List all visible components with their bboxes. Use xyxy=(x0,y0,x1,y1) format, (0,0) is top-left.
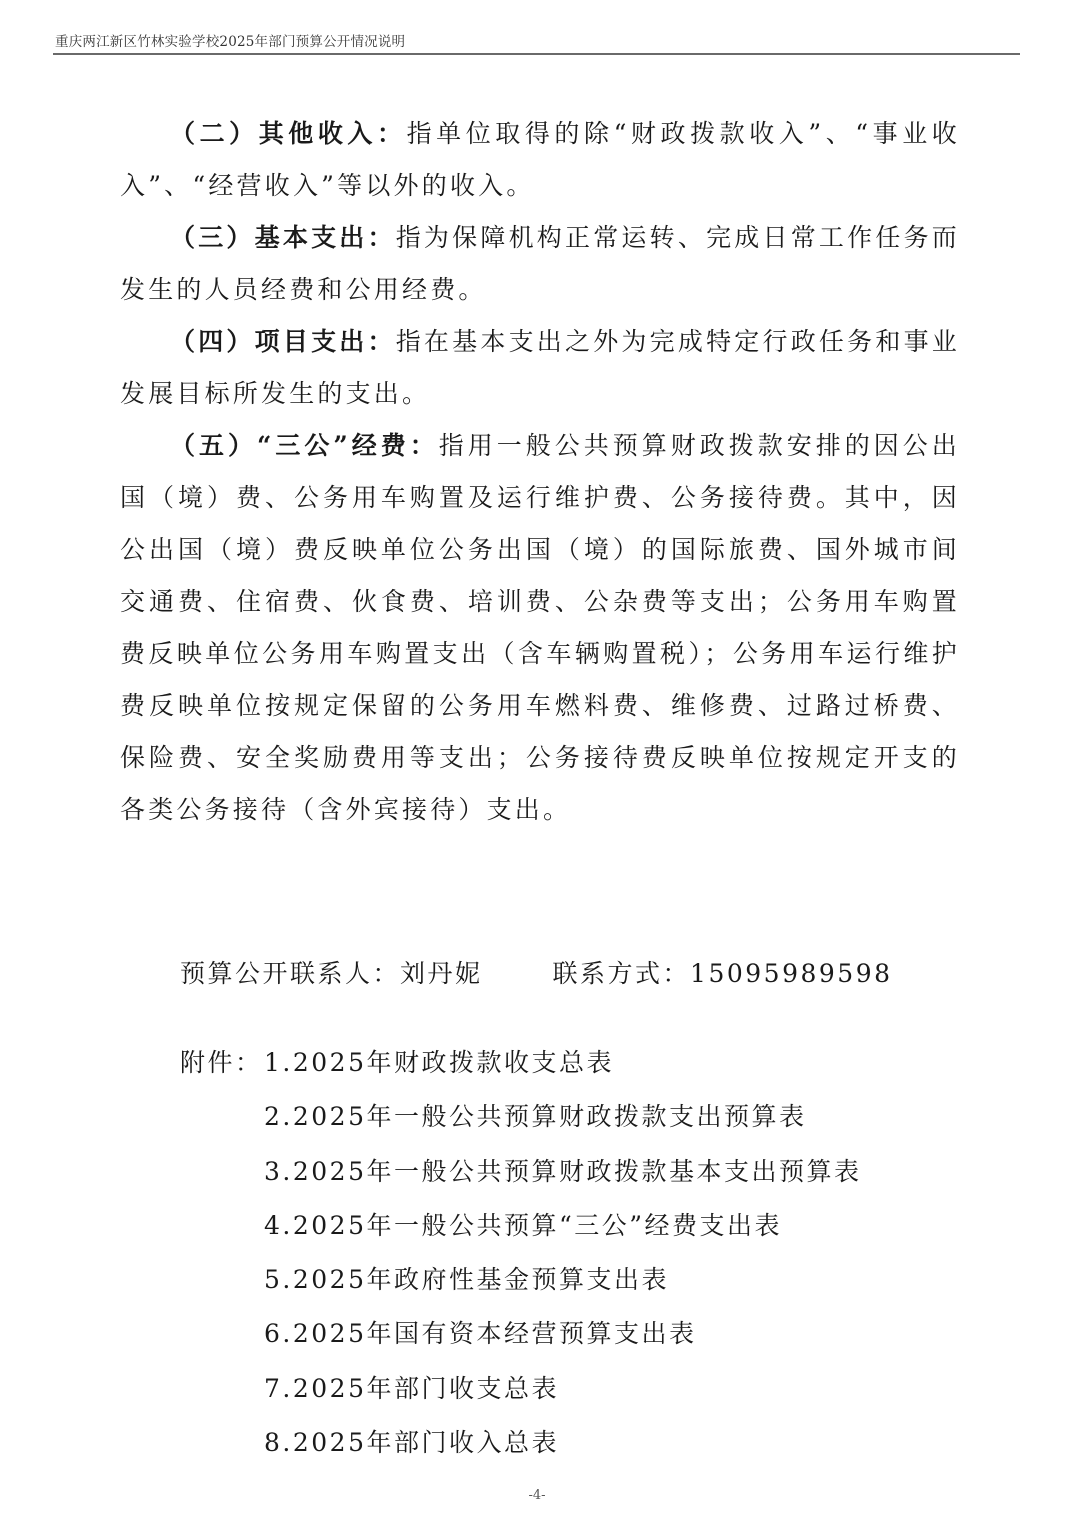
attachment-title: 3.2025年一般公共预算财政拨款基本支出预算表 xyxy=(264,1157,861,1186)
contact-method-label: 联系方式： xyxy=(553,959,691,988)
attachment-title: 1.2025年财政拨款收支总表 xyxy=(264,1048,614,1077)
document-header: 重庆两江新区竹林实验学校2025年部门预算公开情况说明 xyxy=(55,30,405,50)
attachments-list: 附件：1.2025年财政拨款收支总表 2.2025年一般公共预算财政拨款支出预算… xyxy=(180,1036,861,1470)
definition-paragraph-three-public-expenses: （五）“三公”经费：指用一般公共预算财政拨款安排的因公出国（境）费、公务用车购置… xyxy=(120,420,960,836)
definition-paragraph-basic-expenditure: （三）基本支出：指为保障机构正常运转、完成日常工作任务而发生的人员经费和公用经费… xyxy=(120,212,960,316)
attachment-item: 6.2025年国有资本经营预算支出表 xyxy=(180,1307,861,1361)
attachment-item: 3.2025年一般公共预算财政拨款基本支出预算表 xyxy=(180,1145,861,1199)
header-divider xyxy=(53,53,1020,55)
contact-person-name: 刘丹妮 xyxy=(400,959,483,988)
attachment-item: 7.2025年部门收支总表 xyxy=(180,1362,861,1416)
attachment-item: 5.2025年政府性基金预算支出表 xyxy=(180,1253,861,1307)
attachment-title: 2.2025年一般公共预算财政拨款支出预算表 xyxy=(264,1102,806,1131)
contact-phone: 15095989598 xyxy=(690,959,892,988)
contact-person-label: 预算公开联系人： xyxy=(180,959,400,988)
definition-term: （二）其他收入： xyxy=(170,119,407,148)
attachment-title: 8.2025年部门收入总表 xyxy=(264,1428,559,1457)
definition-term: （三）基本支出： xyxy=(170,223,396,252)
attachment-title: 5.2025年政府性基金预算支出表 xyxy=(264,1265,669,1294)
definition-term: （五）“三公”经费： xyxy=(170,431,439,460)
definition-paragraph-project-expenditure: （四）项目支出：指在基本支出之外为完成特定行政任务和事业发展目标所发生的支出。 xyxy=(120,316,960,420)
attachment-item: 8.2025年部门收入总表 xyxy=(180,1416,861,1470)
definition-text: 指用一般公共预算财政拨款安排的因公出国（境）费、公务用车购置及运行维护费、公务接… xyxy=(120,431,960,824)
page-number: -4- xyxy=(0,1488,1074,1503)
attachments-label: 附件： xyxy=(180,1036,264,1090)
definitions-body: （二）其他收入：指单位取得的除“财政拨款收入”、“事业收入”、“经营收入”等以外… xyxy=(120,108,960,836)
attachment-title: 6.2025年国有资本经营预算支出表 xyxy=(264,1319,696,1348)
attachment-item: 4.2025年一般公共预算“三公”经费支出表 xyxy=(180,1199,861,1253)
definition-term: （四）项目支出： xyxy=(170,327,396,356)
attachment-title: 4.2025年一般公共预算“三公”经费支出表 xyxy=(264,1211,782,1240)
attachment-item: 附件：1.2025年财政拨款收支总表 xyxy=(180,1036,861,1090)
contact-line: 预算公开联系人：刘丹妮联系方式：15095989598 xyxy=(180,948,893,1000)
attachment-item: 2.2025年一般公共预算财政拨款支出预算表 xyxy=(180,1090,861,1144)
attachment-title: 7.2025年部门收支总表 xyxy=(264,1374,559,1403)
definition-paragraph-other-income: （二）其他收入：指单位取得的除“财政拨款收入”、“事业收入”、“经营收入”等以外… xyxy=(120,108,960,212)
